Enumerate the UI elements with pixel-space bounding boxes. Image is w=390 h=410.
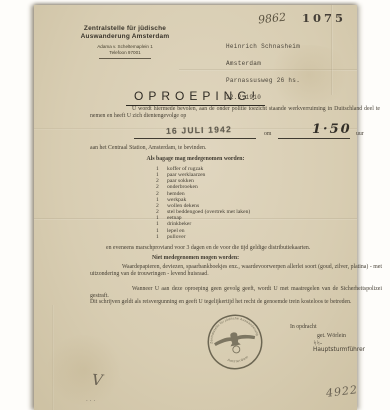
recipient-city: Amsterdam: [226, 60, 300, 69]
document-title: OPROEPING!: [34, 87, 357, 106]
list-item: 1pullover: [156, 234, 250, 240]
recipient-street: Parnassusweg 26 hs.: [226, 77, 300, 86]
recipient-name: Heinrich Schnasheim: [226, 43, 300, 52]
eagle-emblem-icon: [213, 329, 258, 357]
letterhead-phone: Telefoon 97001: [56, 50, 194, 56]
handwritten-checkmark: V: [91, 371, 103, 390]
paper-sheet: Zentralstelle für jüdische Auswanderung …: [34, 5, 357, 410]
forbidden-heading: Niet medegenomen mogen worden:: [34, 255, 357, 261]
pencil-dots: ...: [86, 395, 97, 403]
date-underline: [134, 138, 256, 139]
letterhead-org-line1: Zentralstelle für jüdische: [56, 25, 194, 33]
intro-paragraph: U wordt hiermede bevolen, aan de onder p…: [90, 106, 380, 120]
stamp-text-bottom: Amsterdam: [226, 354, 250, 365]
svg-text:Amsterdam: Amsterdam: [226, 354, 250, 365]
forbidden-body: Waardepapieren, deviezen, spaarbankboekj…: [90, 264, 382, 278]
signature-name: get. Wörlein: [317, 333, 346, 339]
official-round-stamp: Zentralstelle für jüdische Auswanderung …: [201, 308, 268, 375]
handwritten-time: 1·50: [312, 122, 352, 137]
stamped-registration-number: 1075: [302, 11, 346, 25]
om-label: om: [264, 131, 271, 137]
baggage-heading: Als bagage mag medegenomen worden:: [34, 156, 357, 162]
warning-block: Wanneer U aan deze oproeping geen gevolg…: [90, 286, 382, 306]
signature-in-opdracht: In opdracht: [290, 324, 317, 330]
document-title-text: OPROEPING!: [126, 89, 265, 106]
letterhead: Zentralstelle für jüdische Auswanderung …: [56, 25, 194, 59]
warning-paragraph-2: Dit schrijven geldt als reisvergunning e…: [90, 299, 382, 306]
paper-stain: [44, 335, 124, 405]
signature-rank: ᛋᛋ-Hauptsturmführer: [313, 341, 365, 353]
handwritten-number-bottom: 4922: [325, 383, 358, 400]
baggage-footer: en eveneens marschproviand voor 3 dagen …: [106, 245, 310, 251]
warning-paragraph-1: Wanneer U aan deze oproeping geen gevolg…: [90, 286, 382, 299]
location-line: aan het Centraal Station, Amsterdam, te …: [90, 145, 206, 151]
uur-label: uur: [356, 131, 364, 137]
letterhead-org-line2: Auswanderung Amsterdam: [56, 33, 194, 41]
time-underline: [278, 138, 350, 139]
baggage-list: 1koffer of rugzak 1paar werklaarzen 2paa…: [156, 166, 250, 240]
letterhead-rule: [99, 58, 151, 59]
stamped-date: 16 JULI 1942: [144, 124, 254, 137]
handwritten-registration-number: 9862: [257, 11, 286, 27]
scanned-document-photo: Zentralstelle für jüdische Auswanderung …: [0, 0, 390, 410]
